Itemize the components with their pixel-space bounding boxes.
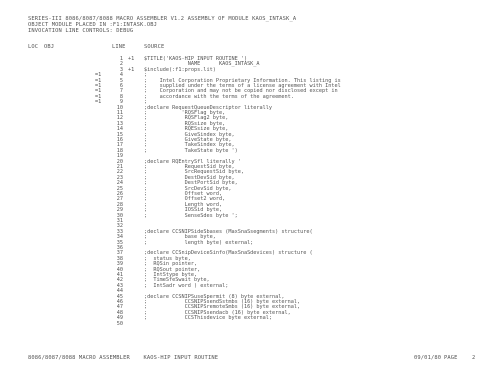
- listing-page: SERIES-III 8086/8087/8088 MACRO ASSEMBLE…: [0, 0, 500, 368]
- footer-title: 8086/8087/8088 MACRO ASSEMBLER KAOS-HIP …: [28, 355, 218, 361]
- footer-page-label: PAGE: [444, 355, 458, 361]
- column-loc: LOC: [28, 44, 38, 50]
- column-source: SOURCE: [144, 44, 164, 50]
- column-obj: OBJ: [44, 44, 54, 50]
- header-line-3: INVOCATION LINE CONTROLS: DEBUG: [28, 28, 133, 34]
- footer-date: 09/01/80: [414, 355, 441, 361]
- footer-page-number: 2: [472, 355, 475, 361]
- line-number: 50: [108, 321, 123, 327]
- column-line: LINE: [112, 44, 126, 50]
- listing-row: 50: [0, 321, 500, 327]
